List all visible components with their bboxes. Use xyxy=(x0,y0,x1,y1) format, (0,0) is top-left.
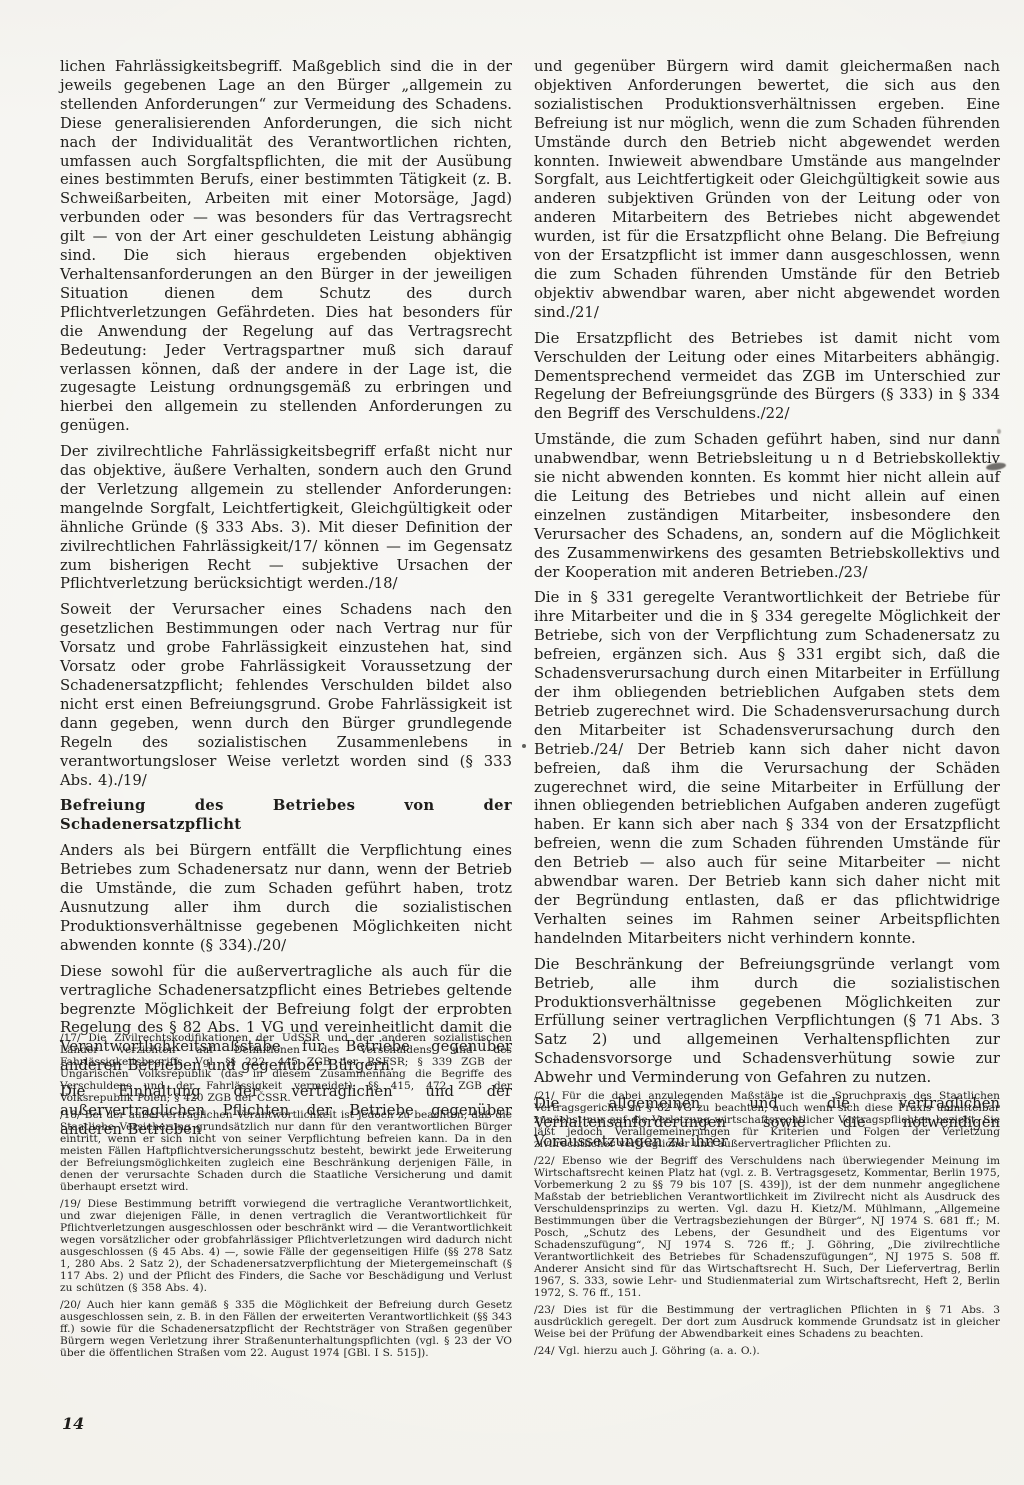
left-footnotes: /17/ Die Zivilrechtskodifikationen der U… xyxy=(60,1032,512,1364)
footnote: /22/ Ebenso wie der Begriff des Verschul… xyxy=(534,1155,1000,1299)
footnote: /21/ Für die dabei anzulegenden Maßstäbe… xyxy=(534,1090,1000,1150)
scanned-journal-page: lichen Fahrlässigkeitsbegriff. Maßgeblic… xyxy=(0,0,1024,1485)
footnote: /20/ Auch hier kann gemäß § 335 die Mögl… xyxy=(60,1299,512,1359)
left-column: lichen Fahrlässigkeitsbegriff. Maßgeblic… xyxy=(60,58,512,1147)
body-paragraph: Soweit der Verursacher eines Schadens na… xyxy=(60,601,512,790)
right-column: und gegenüber Bürgern wird damit gleiche… xyxy=(534,58,1000,1159)
body-paragraph: Die in § 331 geregelte Verantwortlichkei… xyxy=(534,589,1000,948)
body-paragraph: und gegenüber Bürgern wird damit gleiche… xyxy=(534,58,1000,323)
footnote: /18/ Bei der außervertraglichen Verantwo… xyxy=(60,1109,512,1193)
body-paragraph: Umstände, die zum Schaden geführt haben,… xyxy=(534,431,1000,582)
section-heading: Befreiung des Betriebes von der Schadene… xyxy=(60,797,512,835)
body-paragraph: lichen Fahrlässigkeitsbegriff. Maßgeblic… xyxy=(60,58,512,436)
ink-spot-artifact xyxy=(522,744,526,748)
footnote: /23/ Dies ist für die Bestimmung der ver… xyxy=(534,1304,1000,1340)
footnote: /17/ Die Zivilrechtskodifikationen der U… xyxy=(60,1032,512,1104)
body-paragraph: Der zivilrechtliche Fahrlässigkeitsbegri… xyxy=(60,443,512,594)
right-footnotes: /21/ Für die dabei anzulegenden Maßstäbe… xyxy=(534,1090,1000,1362)
body-paragraph: Die Beschränkung der Befreiungsgründe ve… xyxy=(534,956,1000,1088)
body-paragraph: Anders als bei Bürgern entfällt die Verp… xyxy=(60,842,512,955)
footnote: /19/ Diese Bestimmung betrifft vorwiegen… xyxy=(60,1198,512,1294)
footnote: /24/ Vgl. hierzu auch J. Göhring (a. a. … xyxy=(534,1345,1000,1357)
body-paragraph: Die Ersatzpflicht des Betriebes ist dami… xyxy=(534,330,1000,425)
page-number: 14 xyxy=(62,1414,84,1433)
